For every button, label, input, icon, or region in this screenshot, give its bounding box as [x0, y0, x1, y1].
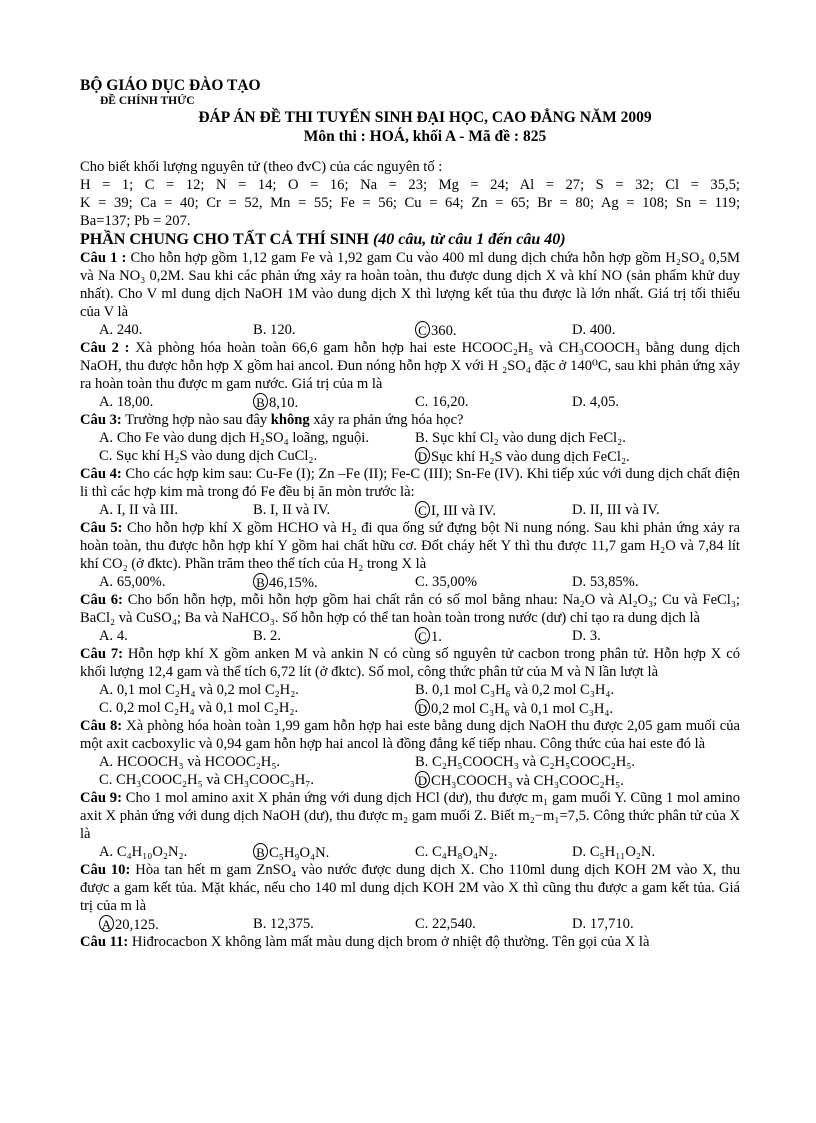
option-a: A. HCOOCH₃ và HCOOC₂H₅. [99, 753, 280, 771]
question-label: Câu 3: [80, 412, 122, 428]
option-c: C. 0,2 mol C₂H₄ và 0,1 mol C₂H₂. [99, 699, 298, 717]
answer-circle-icon: B [253, 573, 268, 590]
question-2: Câu 2 : Xà phòng hóa hoàn toàn 66,6 gam … [80, 339, 740, 411]
option-b: B. I, II và IV. [253, 501, 330, 519]
atomic-mass-line-1: H = 1; C = 12; N = 14; O = 16; Na = 23; … [80, 176, 740, 194]
question-label: Câu 1 : [80, 250, 126, 266]
option-c: C. 35,00% [415, 573, 477, 591]
answer-circle-icon: C [415, 321, 430, 338]
option-a: A. I, II và III. [99, 501, 178, 519]
question-text: Xà phòng hóa hoàn toàn 1,99 gam hỗn hợp … [80, 718, 740, 752]
question-label: Câu 11: [80, 934, 128, 950]
question-label: Câu 7: [80, 646, 123, 662]
question-5: Câu 5: Cho hỗn hợp khí X gồm HCHO và H₂ … [80, 519, 740, 591]
atomic-mass-block: Cho biết khối lượng nguyên tử (theo đvC)… [80, 158, 740, 230]
options-row: A. 4. B. 2. C1. D. 3. [80, 627, 740, 645]
option-a: A. 4. [99, 627, 128, 645]
option-d-correct: D0,2 mol C₃H₆ và 0,1 mol C₃H₄. [415, 699, 613, 718]
atomic-mass-line-3: Ba=137; Pb = 207. [80, 212, 740, 230]
option-d: D. 53,85%. [572, 573, 638, 591]
question-label: Câu 9: [80, 790, 122, 806]
exam-answer-page: BỘ GIÁO DỤC ĐÀO TẠO ĐỀ CHÍNH THỨC ĐÁP ÁN… [80, 76, 740, 951]
question-text: Cho các hợp kim sau: Cu-Fe (I); Zn –Fe (… [80, 466, 740, 500]
question-9: Câu 9: Cho 1 mol amino axit X phản ứng v… [80, 789, 740, 861]
official-label: ĐỀ CHÍNH THỨC [100, 95, 740, 108]
option-b: B. 0,1 mol C₃H₆ và 0,2 mol C₃H₄. [415, 681, 614, 699]
option-a: A. 240. [99, 321, 142, 339]
options-row: A20,125. B. 12,375. C. 22,540. D. 17,710… [80, 915, 740, 933]
section-title: PHẦN CHUNG CHO TẤT CẢ THÍ SINH [80, 231, 373, 248]
option-d: D. C₅H₁₁O₂N. [572, 843, 655, 861]
question-7: Câu 7: Hỗn hợp khí X gồm anken M và anki… [80, 645, 740, 717]
option-d-correct: DSục khí H₂S vào dung dịch FeCl₂. [415, 447, 630, 466]
option-d: D. II, III và IV. [572, 501, 660, 519]
options-row: C. 0,2 mol C₂H₄ và 0,1 mol C₂H₂. D0,2 mo… [80, 699, 740, 717]
option-d: D. 17,710. [572, 915, 634, 933]
options-row: A. C₄H₁₀O₂N₂. BC₅H₉O₄N. C. C₄H₈O₄N₂. D. … [80, 843, 740, 861]
question-6: Câu 6: Cho bốn hỗn hợp, mỗi hỗn hợp gồm … [80, 591, 740, 645]
option-b-correct: BC₅H₉O₄N. [253, 843, 329, 862]
answer-circle-icon: D [415, 699, 430, 716]
option-a-correct: A20,125. [99, 915, 159, 934]
answer-circle-icon: D [415, 771, 430, 788]
question-11: Câu 11: Hiđrocacbon X không làm mất màu … [80, 933, 740, 951]
answer-circle-icon: B [253, 393, 268, 410]
emphasis-word: không [271, 412, 310, 428]
section-heading: PHẦN CHUNG CHO TẤT CẢ THÍ SINH (40 câu, … [80, 230, 740, 249]
option-d: D. 3. [572, 627, 601, 645]
atomic-mass-intro: Cho biết khối lượng nguyên tử (theo đvC)… [80, 158, 740, 176]
option-c: C. CH₃COOC₂H₅ và CH₃COOC₃H₇. [99, 771, 314, 789]
option-d: D. 4,05. [572, 393, 619, 411]
question-8: Câu 8: Xà phòng hóa hoàn toàn 1,99 gam h… [80, 717, 740, 789]
question-label: Câu 8: [80, 718, 122, 734]
section-note: (40 câu, từ câu 1 đến câu 40) [373, 231, 566, 248]
option-c: C. Sục khí H₂S vào dung dịch CuCl₂. [99, 447, 317, 465]
question-label: Câu 2 : [80, 340, 130, 356]
option-c: C. C₄H₈O₄N₂. [415, 843, 497, 861]
option-a: A. 18,00. [99, 393, 153, 411]
question-label: Câu 5: [80, 520, 123, 536]
option-d-correct: DCH₃COOCH₃ và CH₃COOC₂H₅. [415, 771, 624, 790]
question-text: Cho 1 mol amino axit X phản ứng với dung… [80, 790, 740, 842]
question-text: Cho bốn hỗn hợp, mỗi hỗn hợp gồm hai chấ… [80, 592, 740, 626]
question-text: Cho hỗn hợp khí X gồm HCHO và H₂ đi qua … [80, 520, 740, 572]
question-label: Câu 10: [80, 862, 130, 878]
question-text: Hòa tan hết m gam ZnSO₄ vào nước được du… [80, 862, 740, 914]
option-b: B. 120. [253, 321, 296, 339]
option-b-correct: B8,10. [253, 393, 298, 412]
question-1: Câu 1 : Cho hỗn hợp gồm 1,12 gam Fe và 1… [80, 249, 740, 339]
option-d: D. 400. [572, 321, 615, 339]
option-c-correct: C360. [415, 321, 457, 340]
options-row: A. HCOOCH₃ và HCOOC₂H₅. B. C₂H₅COOCH₃ và… [80, 753, 740, 771]
atomic-mass-line-2: K = 39; Ca = 40; Cr = 52, Mn = 55; Fe = … [80, 194, 740, 212]
options-row: C. Sục khí H₂S vào dung dịch CuCl₂. DSục… [80, 447, 740, 465]
option-b-correct: B46,15%. [253, 573, 318, 592]
answer-circle-icon: B [253, 843, 268, 860]
answer-circle-icon: D [415, 447, 430, 464]
options-row: A. I, II và III. B. I, II và IV. CI, III… [80, 501, 740, 519]
option-a: A. 0,1 mol C₂H₄ và 0,2 mol C₂H₂. [99, 681, 299, 699]
options-row: A. 18,00. B8,10. C. 16,20. D. 4,05. [80, 393, 740, 411]
question-3: Câu 3: Trường hợp nào sau đây không xảy … [80, 411, 740, 465]
answer-circle-icon: C [415, 627, 430, 644]
option-a: A. C₄H₁₀O₂N₂. [99, 843, 187, 861]
option-b: B. 12,375. [253, 915, 314, 933]
question-text: Cho hỗn hợp gồm 1,12 gam Fe và 1,92 gam … [80, 250, 740, 320]
options-row: C. CH₃COOC₂H₅ và CH₃COOC₃H₇. DCH₃COOCH₃ … [80, 771, 740, 789]
option-c: C. 22,540. [415, 915, 476, 933]
question-text: Hiđrocacbon X không làm mất màu dung dịc… [128, 934, 649, 950]
answer-circle-icon: A [99, 915, 114, 932]
option-b: B. C₂H₅COOCH₃ và C₂H₅COOC₂H₅. [415, 753, 635, 771]
document-subtitle: Môn thi : HOÁ, khối A - Mã đề : 825 [110, 127, 740, 146]
document-title: ĐÁP ÁN ĐỀ THI TUYỂN SINH ĐẠI HỌC, CAO ĐẲ… [110, 108, 740, 127]
options-row: A. 0,1 mol C₂H₄ và 0,2 mol C₂H₂. B. 0,1 … [80, 681, 740, 699]
option-c-correct: C1. [415, 627, 442, 646]
options-row: A. 65,00%. B46,15%. C. 35,00% D. 53,85%. [80, 573, 740, 591]
question-label: Câu 6: [80, 592, 123, 608]
question-4: Câu 4: Cho các hợp kim sau: Cu-Fe (I); Z… [80, 465, 740, 519]
question-10: Câu 10: Hòa tan hết m gam ZnSO₄ vào nước… [80, 861, 740, 933]
question-label: Câu 4: [80, 466, 122, 482]
option-c: C. 16,20. [415, 393, 469, 411]
option-a: A. 65,00%. [99, 573, 165, 591]
option-b: B. 2. [253, 627, 281, 645]
answer-circle-icon: C [415, 501, 430, 518]
ministry-name: BỘ GIÁO DỤC ĐÀO TẠO [80, 76, 740, 95]
option-b: B. Sục khí Cl₂ vào dung dịch FeCl₂. [415, 429, 626, 447]
question-text: Hỗn hợp khí X gồm anken M và ankin N có … [80, 646, 740, 680]
question-text: Xà phòng hóa hoàn toàn 66,6 gam hỗn hợp … [80, 340, 740, 392]
option-a: A. Cho Fe vào dung dịch H₂SO₄ loãng, ngu… [99, 429, 369, 447]
options-row: A. 240. B. 120. C360. D. 400. [80, 321, 740, 339]
option-c-correct: CI, III và IV. [415, 501, 496, 520]
options-row: A. Cho Fe vào dung dịch H₂SO₄ loãng, ngu… [80, 429, 740, 447]
